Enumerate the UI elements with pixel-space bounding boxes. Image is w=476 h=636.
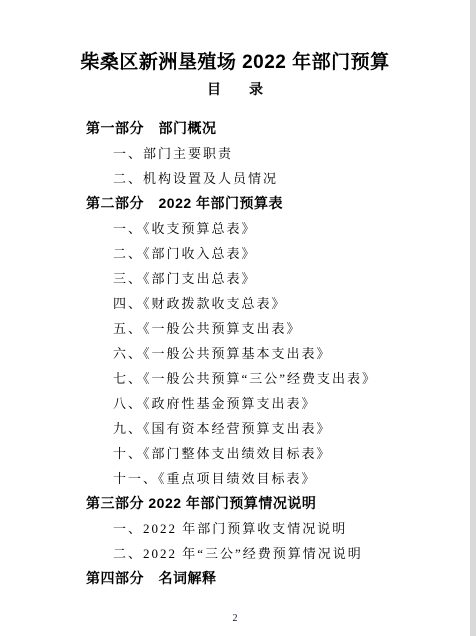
toc-section-header: 第一部分 部门概况 <box>0 116 470 141</box>
toc-section-header: 第四部分 名词解释 <box>0 566 470 591</box>
toc-heading: 目 录 <box>0 81 470 98</box>
toc-item: 七、《一般公共预算“三公”经费支出表》 <box>0 366 470 391</box>
toc-item: 十一、《重点项目绩效目标表》 <box>0 466 470 491</box>
toc-item: 一、《收支预算总表》 <box>0 216 470 241</box>
toc-item: 六、《一般公共预算基本支出表》 <box>0 341 470 366</box>
toc-item: 八、《政府性基金预算支出表》 <box>0 391 470 416</box>
toc-item: 二、《部门收入总表》 <box>0 241 470 266</box>
toc-list: 第一部分 部门概况一、部门主要职责二、机构设置及人员情况第二部分 2022 年部… <box>0 116 470 591</box>
document-page: 柴桑区新洲垦殖场 2022 年部门预算 目 录 第一部分 部门概况一、部门主要职… <box>0 0 476 636</box>
toc-section-header: 第三部分 2022 年部门预算情况说明 <box>0 491 470 516</box>
toc-item: 一、部门主要职责 <box>0 141 470 166</box>
toc-item: 九、《国有资本经营预算支出表》 <box>0 416 470 441</box>
page-edge-strip <box>470 0 476 636</box>
toc-item: 一、2022 年部门预算收支情况说明 <box>0 516 470 541</box>
toc-item: 二、机构设置及人员情况 <box>0 166 470 191</box>
document-title: 柴桑区新洲垦殖场 2022 年部门预算 <box>0 51 470 74</box>
toc-item: 十、《部门整体支出绩效目标表》 <box>0 441 470 466</box>
toc-item: 二、2022 年“三公”经费预算情况说明 <box>0 541 470 566</box>
toc-item: 四、《财政拨款收支总表》 <box>0 291 470 316</box>
page-number: 2 <box>0 613 470 624</box>
toc-item: 五、《一般公共预算支出表》 <box>0 316 470 341</box>
toc-section-header: 第二部分 2022 年部门预算表 <box>0 191 470 216</box>
toc-item: 三、《部门支出总表》 <box>0 266 470 291</box>
